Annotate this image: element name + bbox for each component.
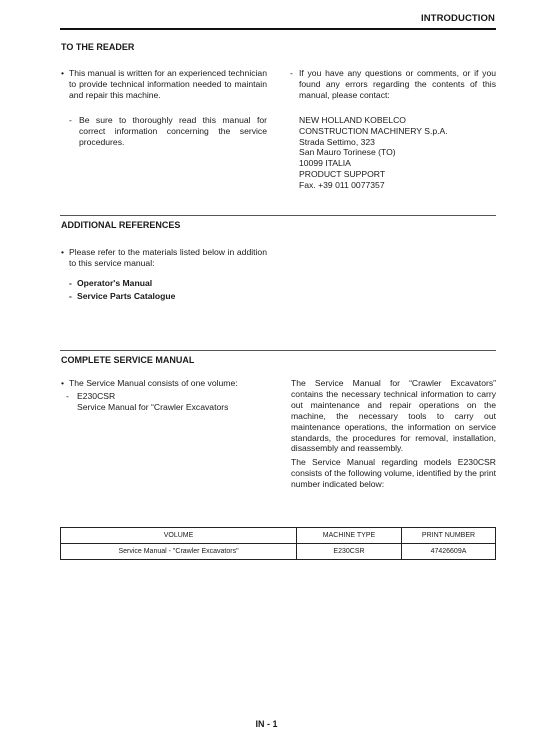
reference-operators-manual: Operator's Manual	[77, 277, 267, 291]
table-header-row: VOLUME MACHINE TYPE PRINT NUMBER	[61, 528, 496, 544]
dash-icon: -	[69, 277, 77, 291]
section-title-to-the-reader: TO THE READER	[61, 42, 134, 52]
references-column: • Please refer to the materials listed b…	[61, 247, 267, 304]
reference-item: - Service Parts Catalogue	[61, 290, 267, 304]
reader-note-text: Be sure to thoroughly read this manual f…	[79, 115, 267, 148]
column-header-volume: VOLUME	[61, 528, 297, 544]
fax-number: Fax. +39 011 0077357	[299, 180, 496, 191]
page-number: IN - 1	[0, 719, 533, 729]
volume-table: VOLUME MACHINE TYPE PRINT NUMBER Service…	[60, 527, 496, 560]
bullet-icon: •	[61, 378, 69, 389]
column-header-machine-type: MACHINE TYPE	[297, 528, 402, 544]
contact-intro-text: If you have any questions or comments, o…	[299, 68, 496, 101]
volume-details: E230CSR Service Manual for “Crawler Exca…	[77, 391, 273, 413]
section-divider	[60, 215, 496, 216]
table-row: Service Manual - "Crawler Excavators" E2…	[61, 544, 496, 560]
volume-model: E230CSR	[77, 391, 273, 402]
service-manual-right-column: The Service Manual for “Crawler Excavato…	[291, 378, 496, 490]
cell-machine-type: E230CSR	[297, 544, 402, 560]
address-line: CONSTRUCTION MACHINERY S.p.A.	[299, 126, 496, 137]
service-manual-left-column: • The Service Manual consists of one vol…	[61, 378, 273, 413]
contact-intro-item: - If you have any questions or comments,…	[290, 68, 496, 101]
reader-intro-item: • This manual is written for an experien…	[61, 68, 267, 101]
address-line: San Mauro Torinese (TO)	[299, 147, 496, 158]
chapter-title: INTRODUCTION	[421, 13, 495, 24]
service-manual-models-note: The Service Manual regarding models E230…	[291, 457, 496, 490]
cell-print-number: 47426609A	[402, 544, 496, 560]
address-line: Strada Settimo, 323	[299, 137, 496, 148]
address-line: 10099 ITALIA	[299, 158, 496, 169]
volume-name: Service Manual for “Crawler Excavators	[77, 402, 273, 413]
dash-icon: -	[66, 391, 77, 413]
bullet-icon: •	[61, 68, 69, 101]
address-line: PRODUCT SUPPORT	[299, 169, 496, 180]
contact-address: NEW HOLLAND KOBELCO CONSTRUCTION MACHINE…	[290, 115, 496, 191]
volume-intro-item: • The Service Manual consists of one vol…	[61, 378, 273, 389]
section-title-additional-references: ADDITIONAL REFERENCES	[61, 220, 180, 230]
dash-icon: -	[290, 68, 299, 101]
address-line: NEW HOLLAND KOBELCO	[299, 115, 496, 126]
dash-icon: -	[69, 290, 77, 304]
dash-icon: -	[69, 115, 79, 148]
volume-intro-text: The Service Manual consists of one volum…	[69, 378, 273, 389]
bullet-icon: •	[61, 247, 69, 269]
reader-note-item: - Be sure to thoroughly read this manual…	[61, 115, 267, 148]
service-manual-description: The Service Manual for “Crawler Excavato…	[291, 378, 496, 454]
reader-intro-text: This manual is written for an experience…	[69, 68, 267, 101]
section-divider	[60, 350, 496, 351]
reference-item: - Operator's Manual	[61, 277, 267, 291]
column-header-print-number: PRINT NUMBER	[402, 528, 496, 544]
reference-service-parts-catalogue: Service Parts Catalogue	[77, 290, 267, 304]
references-intro-item: • Please refer to the materials listed b…	[61, 247, 267, 269]
reader-left-column: • This manual is written for an experien…	[61, 68, 267, 147]
reader-right-column: - If you have any questions or comments,…	[290, 68, 496, 191]
cell-volume: Service Manual - "Crawler Excavators"	[61, 544, 297, 560]
references-intro-text: Please refer to the materials listed bel…	[69, 247, 267, 269]
section-title-complete-service-manual: COMPLETE SERVICE MANUAL	[61, 355, 194, 365]
header-divider	[60, 28, 496, 30]
volume-item: - E230CSR Service Manual for “Crawler Ex…	[61, 391, 273, 413]
